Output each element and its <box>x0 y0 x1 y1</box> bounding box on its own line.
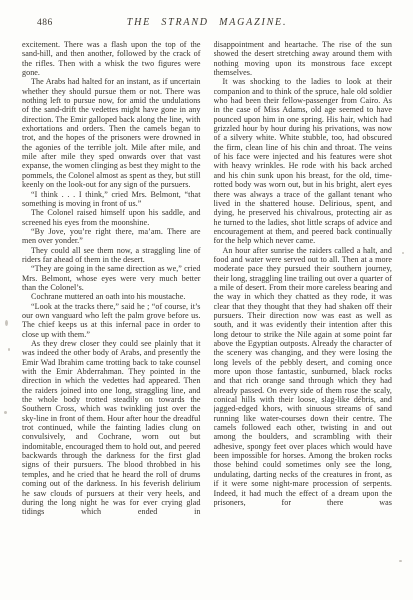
paragraph: An hour after sunrise the raiders called… <box>214 246 393 508</box>
paragraph: As they drew closer they could see plain… <box>22 339 201 517</box>
running-header: 486 THE STRAND MAGAZINE. <box>22 17 392 32</box>
text-columns: excitement. There was a flash upon the t… <box>22 40 392 562</box>
paragraph: It was shocking to the ladies to look at… <box>214 77 393 245</box>
paragraph: excitement. There was a flash upon the t… <box>22 40 201 77</box>
scan-artifact <box>8 348 10 351</box>
paragraph: “By Jove, you’re right there, ma’am. The… <box>22 227 201 246</box>
left-column: excitement. There was a flash upon the t… <box>22 40 201 562</box>
paragraph: “Look at the tracks there,” said he ; “o… <box>22 302 201 339</box>
paragraph: Cochrane muttered an oath into his moust… <box>22 292 201 301</box>
paragraph: “I think . . . I think,” cried Mrs. Belm… <box>22 190 201 209</box>
paragraph: The Arabs had halted for an instant, as … <box>22 77 201 189</box>
paragraph: They could all see them now, a stragglin… <box>22 246 201 265</box>
scan-artifact <box>399 560 402 562</box>
scan-artifact <box>5 320 8 326</box>
paragraph: The Colonel raised himself upon his sadd… <box>22 208 201 227</box>
paragraph: disappointment and heartache. The rise o… <box>214 40 393 77</box>
magazine-title: THE STRAND MAGAZINE. <box>22 17 392 28</box>
scan-artifact <box>4 411 7 414</box>
right-column: disappointment and heartache. The rise o… <box>214 40 393 562</box>
page-number: 486 <box>37 18 53 28</box>
magazine-page: 486 THE STRAND MAGAZINE. excitement. The… <box>0 0 413 600</box>
scan-artifact <box>402 252 404 254</box>
paragraph: “They are going in the same direction as… <box>22 264 201 292</box>
